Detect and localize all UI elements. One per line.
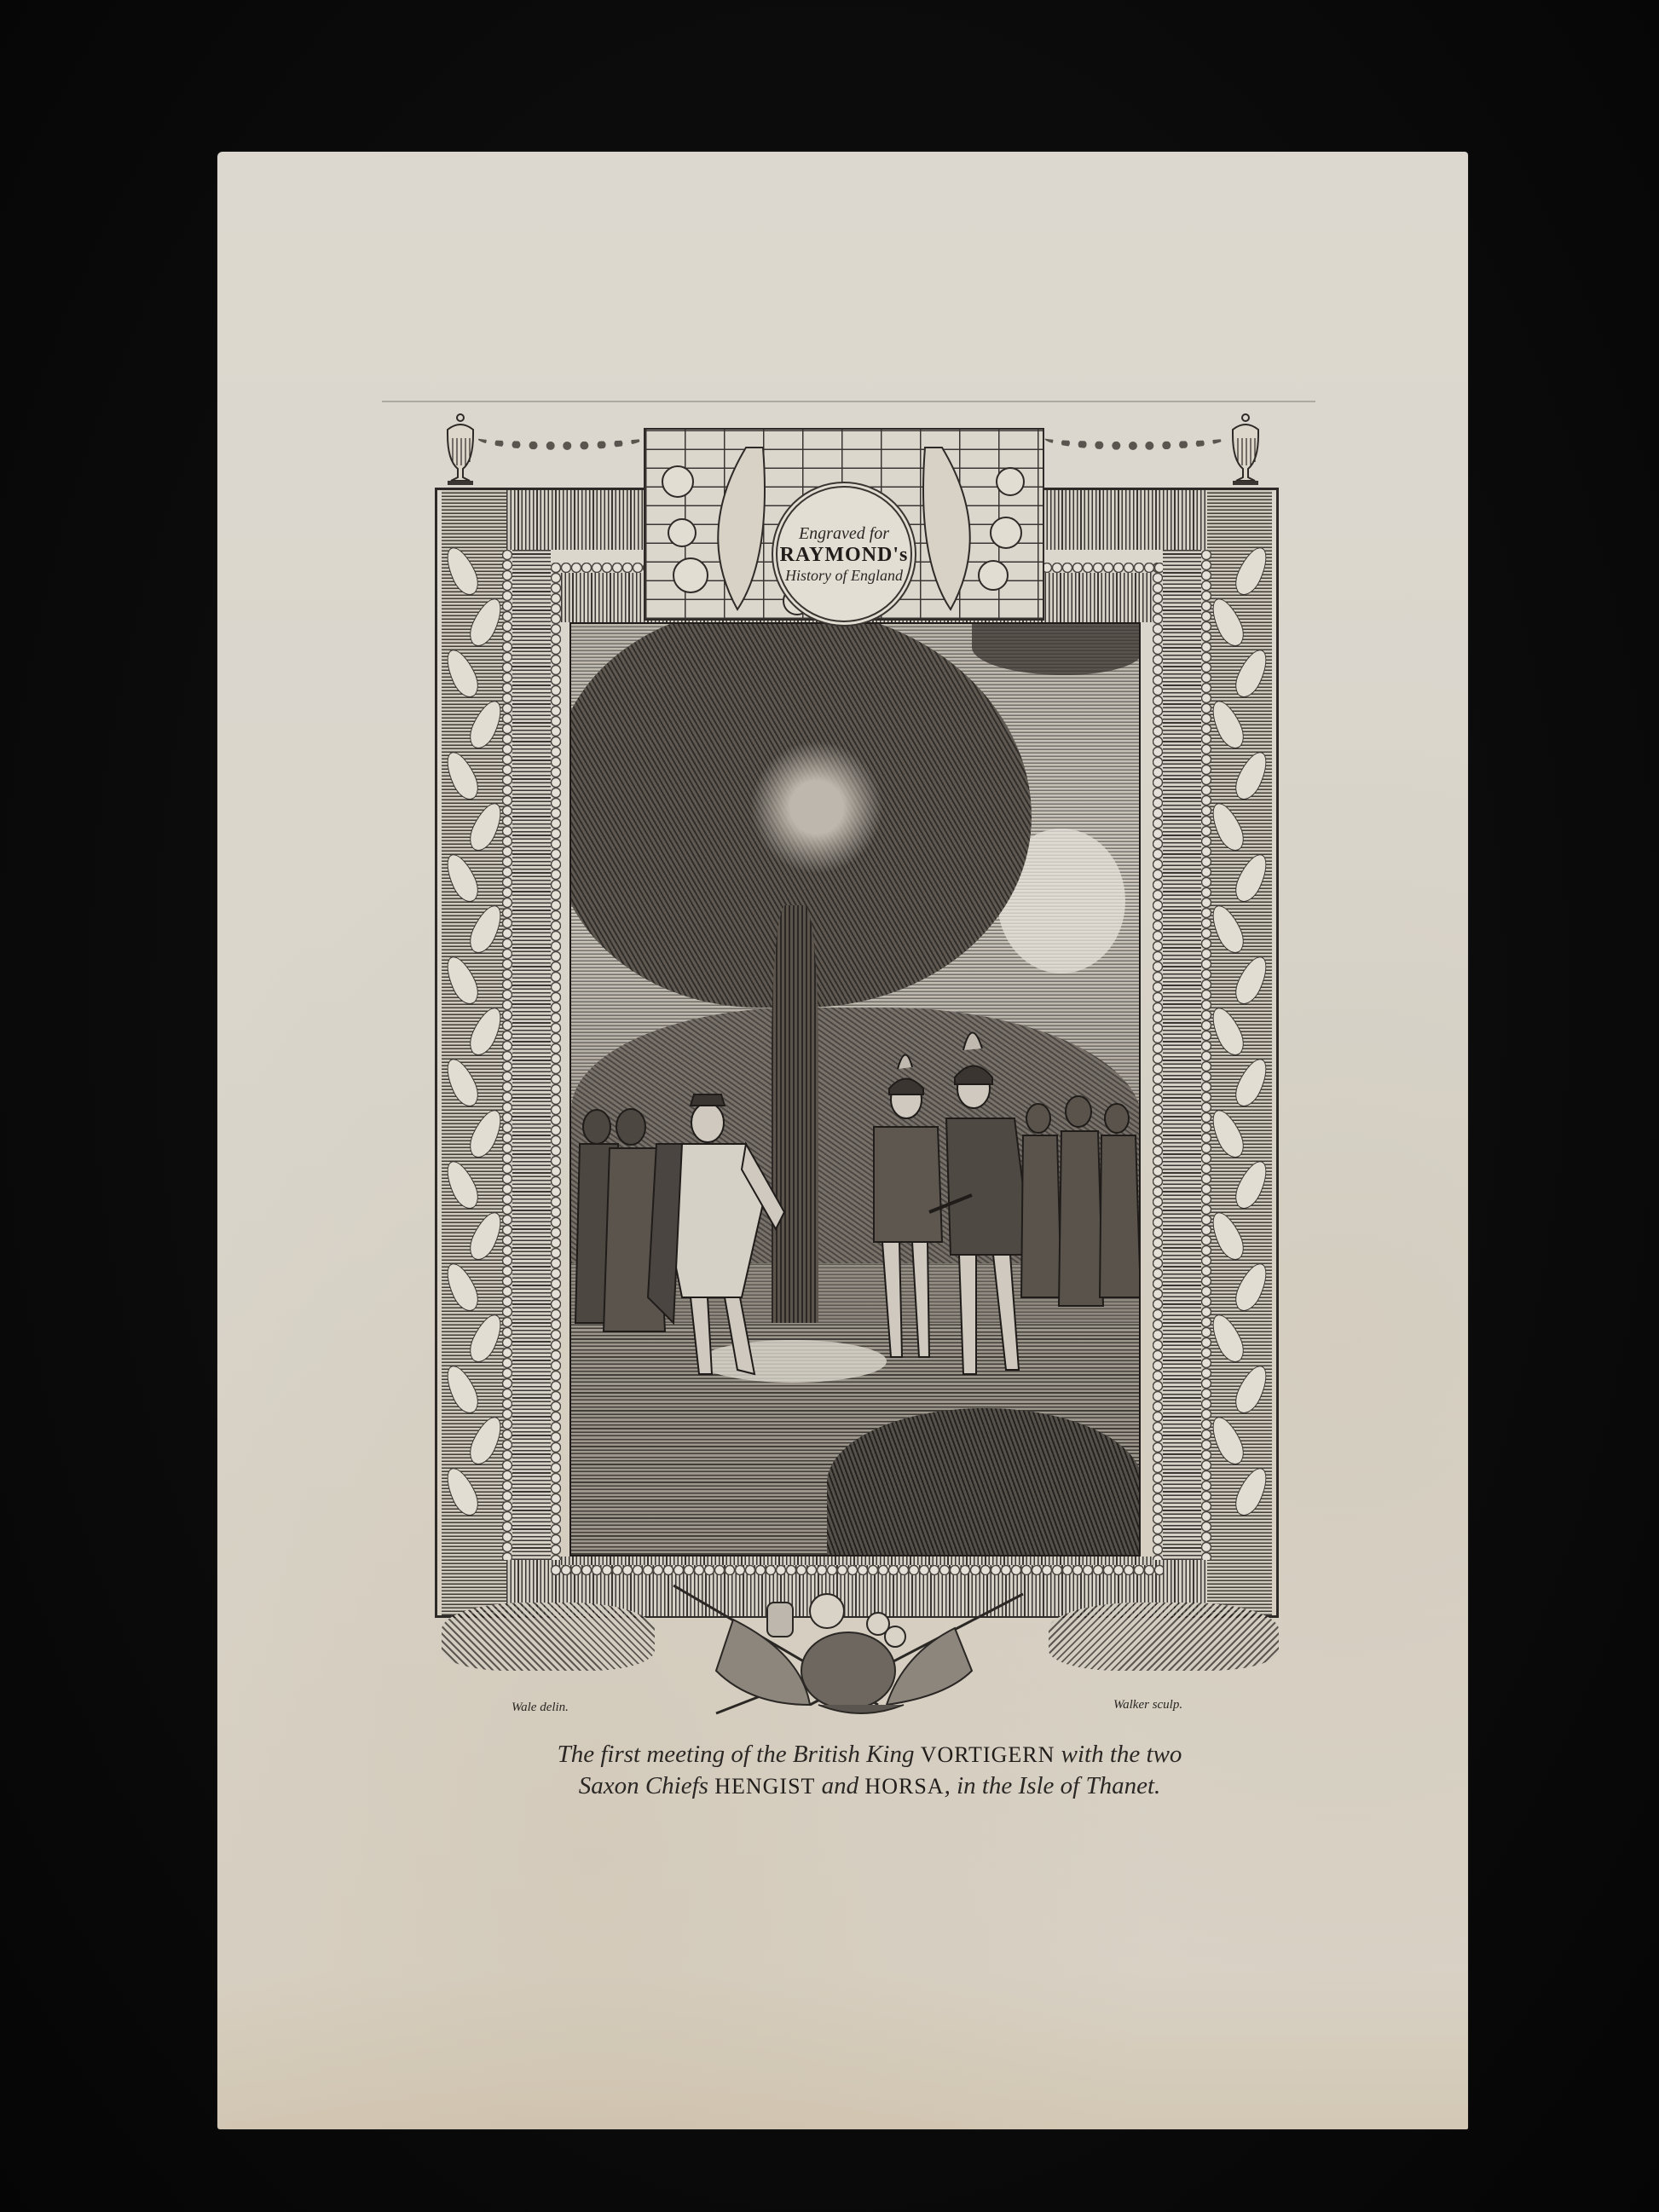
urn-right-icon [1224,413,1267,489]
caption-line-2: Saxon Chiefs HENGIST and HORSA, in the I… [426,1770,1313,1802]
garland-right [1044,426,1225,450]
caption-line-1: The first meeting of the British King VO… [426,1739,1313,1770]
laurel-vine-right [1207,546,1272,1551]
engraving-caption: The first meeting of the British King VO… [426,1739,1313,1802]
caption-l1-post: with the two [1061,1741,1182,1768]
bead-column-right-outer [1201,550,1211,1560]
engraved-scene [569,622,1141,1556]
dark-cloud [972,624,1141,675]
hatched-band-left [512,550,551,1560]
acanthus-cluster-left [442,1603,655,1671]
cartouche-history-of-england: History of England [785,567,903,585]
caption-l2-pre: Saxon Chiefs [579,1772,708,1799]
caption-l1-pre: The first meeting of the British King [558,1741,915,1768]
credit-engraver: Walker sculp. [1113,1698,1182,1712]
cartouche-engraved-for: Engraved for [799,524,889,544]
cartouche-raymonds: RAYMOND's [780,544,909,567]
caption-and: and [822,1772,859,1799]
caption-hengist: HENGIST [714,1774,815,1799]
foreground-bushes [827,1408,1141,1556]
figure-group [571,1016,1141,1417]
caption-vortigern: VORTIGERN [921,1742,1055,1767]
trophy-of-arms [665,1577,1032,1730]
caption-l2-post: , in the Isle of Thanet. [945,1772,1161,1799]
laurel-vine-left [442,546,506,1551]
bead-column-left-outer [502,550,512,1560]
bead-column-right-inner [1153,563,1163,1560]
credit-designer: Wale delin. [512,1701,569,1715]
title-medallion: Engraved for RAYMOND's History of Englan… [772,482,916,627]
acanthus-cluster-right [1049,1603,1279,1671]
bead-row-bottom [551,1565,1163,1575]
inner-bottom-band [561,1556,1153,1565]
bead-column-left-inner [551,563,561,1560]
hatched-band-right [1163,550,1201,1560]
caption-horsa: HORSA [864,1774,944,1799]
urn-left-icon [439,413,482,489]
garland-left [477,426,644,450]
